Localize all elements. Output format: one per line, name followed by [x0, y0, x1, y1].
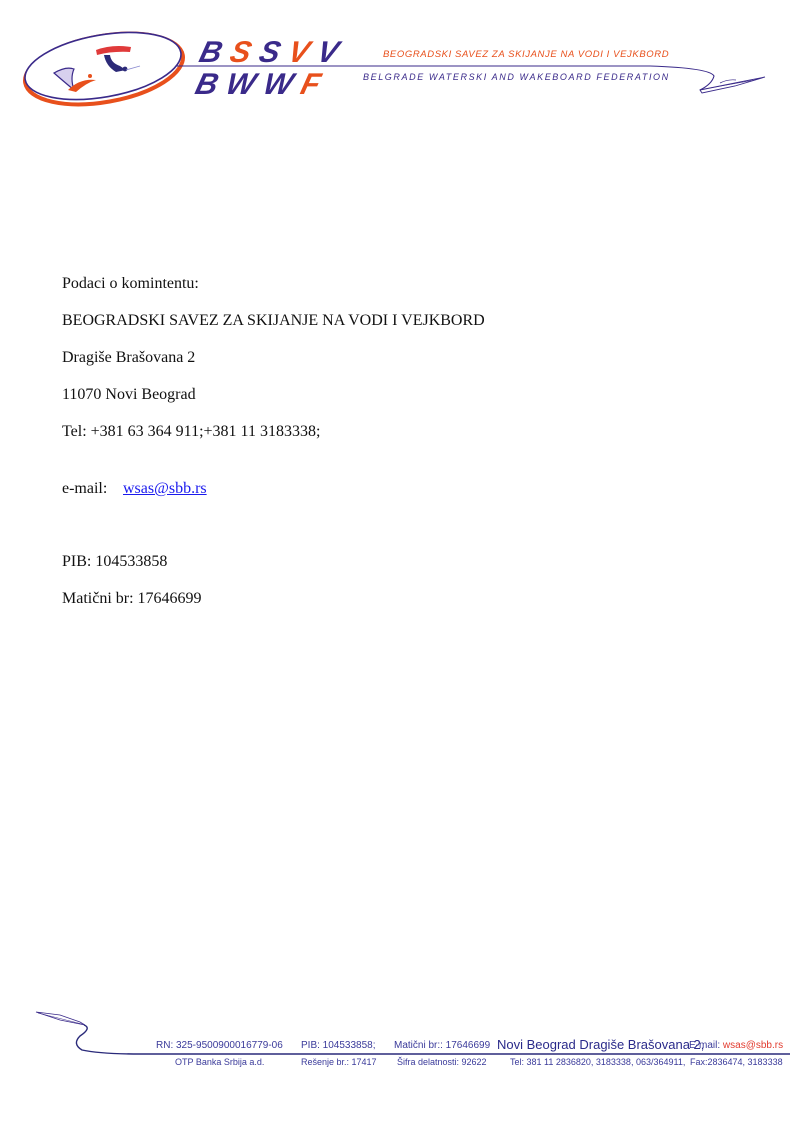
footer-email-row: E-mail: wsas@sbb.rs	[689, 1040, 783, 1051]
letterhead: BSSVV BWWF BEOGRADSKI SAVEZ ZA SKIJANJE …	[0, 0, 800, 115]
client-city: 11070 Novi Beograd	[62, 386, 196, 404]
footer-email[interactable]: wsas@sbb.rs	[723, 1040, 783, 1051]
footer-sifra: Šifra delatnosti: 92622	[397, 1057, 487, 1067]
logo-bssvv: BSSVV	[196, 38, 350, 68]
email-label: e-mail:	[62, 480, 123, 498]
footer-tel: Tel: 381 11 2836820, 3183338, 063/364911…	[510, 1057, 685, 1067]
footer-bank: OTP Banka Srbija a.d.	[175, 1057, 264, 1067]
tagline-english: BELGRADE WATERSKI AND WAKEBOARD FEDERATI…	[363, 72, 670, 82]
client-heading: Podaci o komintentu:	[62, 275, 199, 293]
client-maticni: Matični br: 17646699	[62, 590, 202, 608]
client-email-row: e-mail:wsas@sbb.rs	[62, 480, 207, 498]
client-pib: PIB: 104533858	[62, 553, 167, 571]
footer-resenje: Rešenje br.: 17417	[301, 1057, 377, 1067]
footer: RN: 325-9500900016779-06 OTP Banka Srbij…	[0, 1000, 800, 1080]
email-link[interactable]: wsas@sbb.rs	[123, 480, 207, 497]
footer-rn: RN: 325-9500900016779-06	[156, 1040, 283, 1051]
footer-pib: PIB: 104533858;	[301, 1040, 376, 1051]
footer-fax: Fax:2836474, 3183338	[690, 1057, 783, 1067]
client-street: Dragiše Brašovana 2	[62, 349, 195, 367]
client-name: BEOGRADSKI SAVEZ ZA SKIJANJE NA VODI I V…	[62, 312, 485, 330]
footer-email-label: E-mail:	[689, 1040, 720, 1051]
footer-address: Novi Beograd Dragiše Brašovana 2,	[497, 1037, 704, 1052]
client-phone: Tel: +381 63 364 911;+381 11 3183338;	[62, 423, 320, 441]
logo-bwwf: BWWF	[192, 70, 332, 100]
footer-maticni: Matični br:: 17646699	[394, 1040, 490, 1051]
tagline-serbian: BEOGRADSKI SAVEZ ZA SKIJANJE NA VODI I V…	[383, 49, 669, 60]
